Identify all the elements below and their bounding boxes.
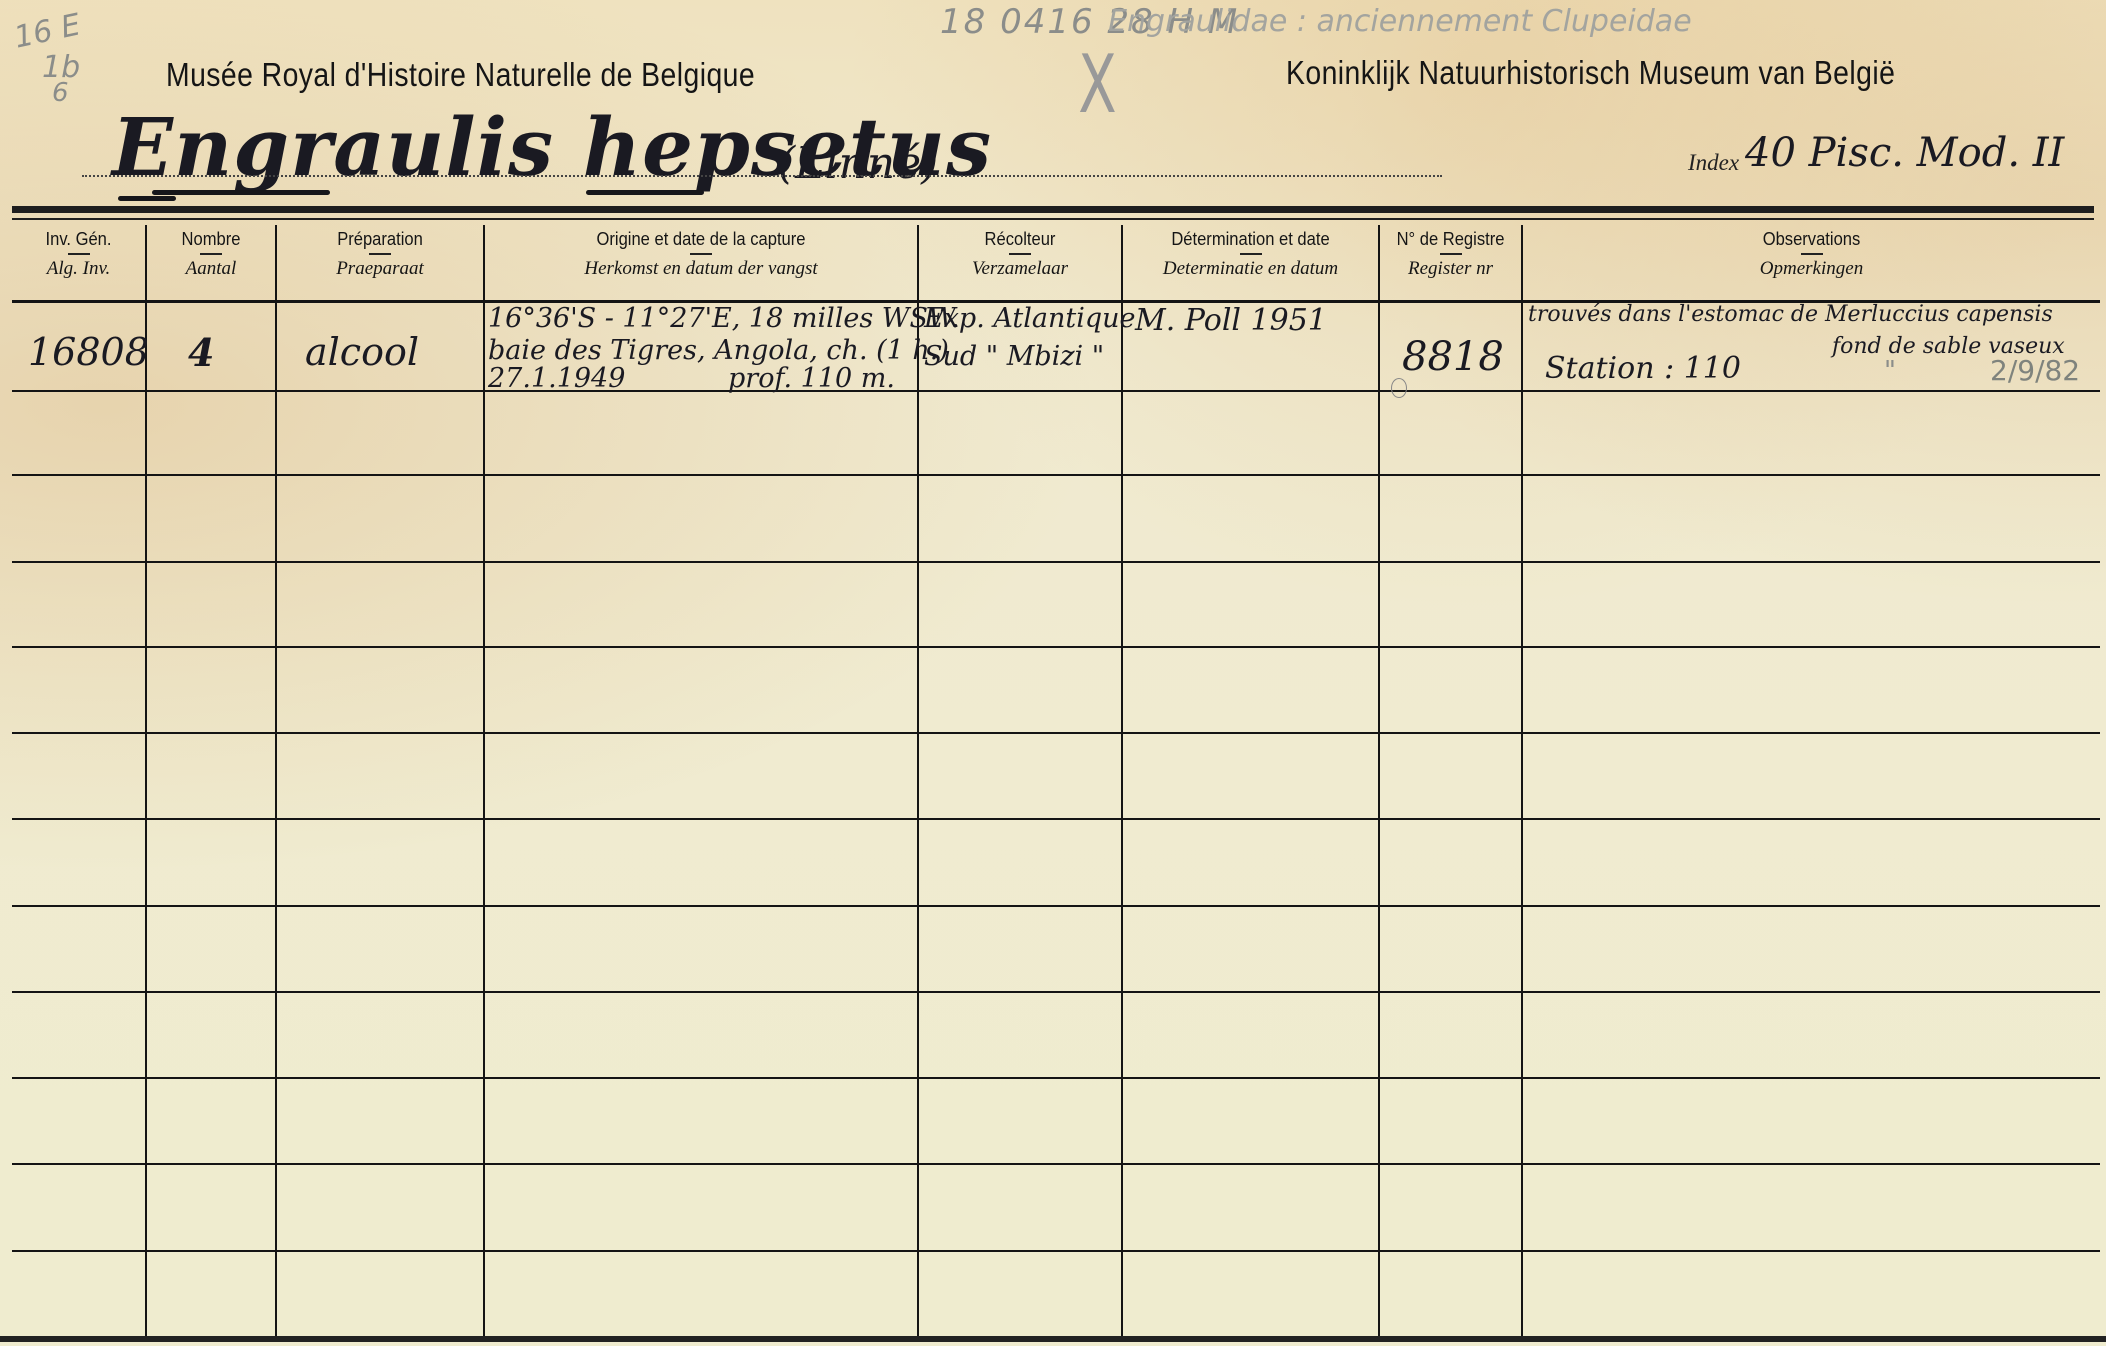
column-header-nl: Register nr [1380,257,1521,281]
index-label: Index [1688,150,1739,176]
column-header-fr: Origine et date de la capture [502,228,899,250]
column-header-fr: Nombre [152,228,270,250]
cell-determination: M. Poll 1951 [1135,304,1327,337]
row-line [12,561,2100,563]
species-author: (Linné) [778,138,938,189]
column-header-preparation: Préparation Praeparaat [277,228,483,298]
species-underline [118,196,176,201]
column-header-nl: Aantal [147,257,275,281]
cell-preparation: alcool [305,330,419,374]
column-header-inv-gen: Inv. Gén. Alg. Inv. [12,228,145,298]
header-dash [369,253,391,255]
pencil-cross-mark: X [1078,38,1116,131]
column-header-nl: Alg. Inv. [12,257,145,281]
column-header-fr: Préparation [285,228,475,250]
cell-inv-gen: 16808 [28,330,149,374]
cell-recolteur-line2: Sud " Mbizi " [924,340,1104,373]
cell-observations-station: Station : 110 [1545,352,1741,385]
row-line [12,732,2100,734]
header-rule-thick [12,206,2094,213]
header-dash [68,253,90,255]
column-header-origine: Origine et date de la capture Herkomst e… [485,228,917,298]
catalog-card: 16 E 1b 6 18 0416 28 H M X Engraulidae :… [0,0,2106,1346]
institution-title-nl: Koninklijk Natuurhistorisch Museum van B… [1286,54,1895,92]
row-line [12,474,2100,476]
header-dash [1240,253,1262,255]
pencil-code-1: 16 E [11,7,83,55]
row-line [12,1250,2100,1252]
cell-origine-depth: prof. 110 m. [728,362,895,395]
header-rule-thin [12,218,2094,220]
pencil-circle-mark [1391,378,1407,398]
column-header-registre: N° de Registre Register nr [1380,228,1521,298]
header-dash [1440,253,1462,255]
column-header-fr: Détermination et date [1133,228,1368,250]
column-header-fr: Inv. Gén. [17,228,139,250]
species-underline [586,190,704,195]
column-header-nl: Determinatie en datum [1123,257,1378,281]
column-header-observations: Observations Opmerkingen [1523,228,2100,298]
index-value: 40 Pisc. Mod. II [1745,130,2064,176]
pencil-code-3: 6 [52,78,69,108]
header-dash [200,253,222,255]
row-line [12,390,2100,392]
species-underline [152,190,330,195]
column-header-fr: Observations [1546,228,2077,250]
cell-origine-date: 27.1.1949 [488,362,625,395]
cell-recolteur-line1: Exp. Atlantique [924,302,1136,335]
pencil-ditto-mark: " [1884,356,1896,386]
cell-observations-line1: trouvés dans l'estomac de Merluccius cap… [1528,302,2053,327]
column-header-fr: N° de Registre [1386,228,1516,250]
column-header-recolteur: Récolteur Verzamelaar [919,228,1121,298]
header-dash [1009,253,1031,255]
institution-title-fr: Musée Royal d'Histoire Naturelle de Belg… [166,56,755,94]
column-header-nl: Verzamelaar [919,257,1121,281]
column-header-nl: Praeparaat [277,257,483,281]
column-header-nl: Opmerkingen [1523,257,2100,281]
cell-nombre: 4 [188,330,214,375]
title-dotted-line [82,175,1442,177]
row-line [12,646,2100,648]
column-header-nombre: Nombre Aantal [147,228,275,298]
column-header-fr: Récolteur [927,228,1113,250]
header-dash [1801,253,1823,255]
row-line [12,1077,2100,1079]
row-line [12,818,2100,820]
pencil-date: 2/9/82 [1990,354,2080,387]
row-line [12,905,2100,907]
row-line [12,1163,2100,1165]
column-header-nl: Herkomst en datum der vangst [485,257,917,281]
header-dash [690,253,712,255]
column-header-determination: Détermination et date Determinatie en da… [1123,228,1378,298]
bottom-rule [0,1336,2106,1342]
row-line [12,991,2100,993]
cell-registre: 8818 [1402,334,1504,380]
cell-origine-line1: 16°36'S - 11°27'E, 18 milles WSW. [488,302,960,335]
pencil-family-note: Engraulidae : anciennement Clupeidae [1108,4,1692,39]
